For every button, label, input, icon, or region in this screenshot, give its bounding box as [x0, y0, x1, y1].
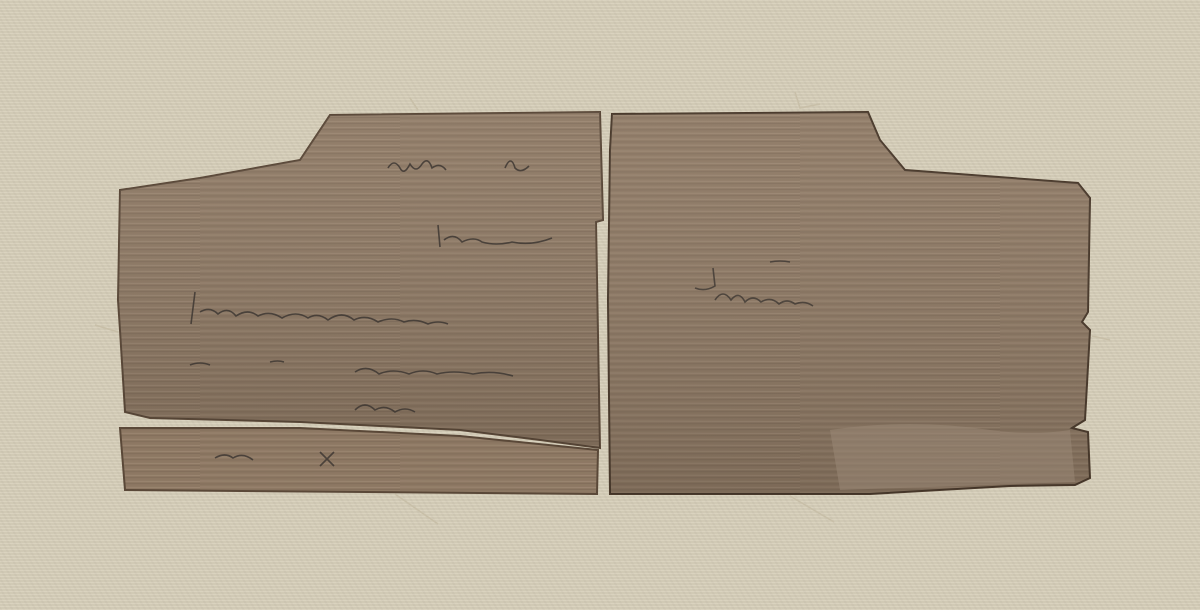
tablets-illustration — [0, 0, 1200, 610]
left-tablet — [118, 112, 603, 494]
right-tablet — [608, 112, 1090, 494]
